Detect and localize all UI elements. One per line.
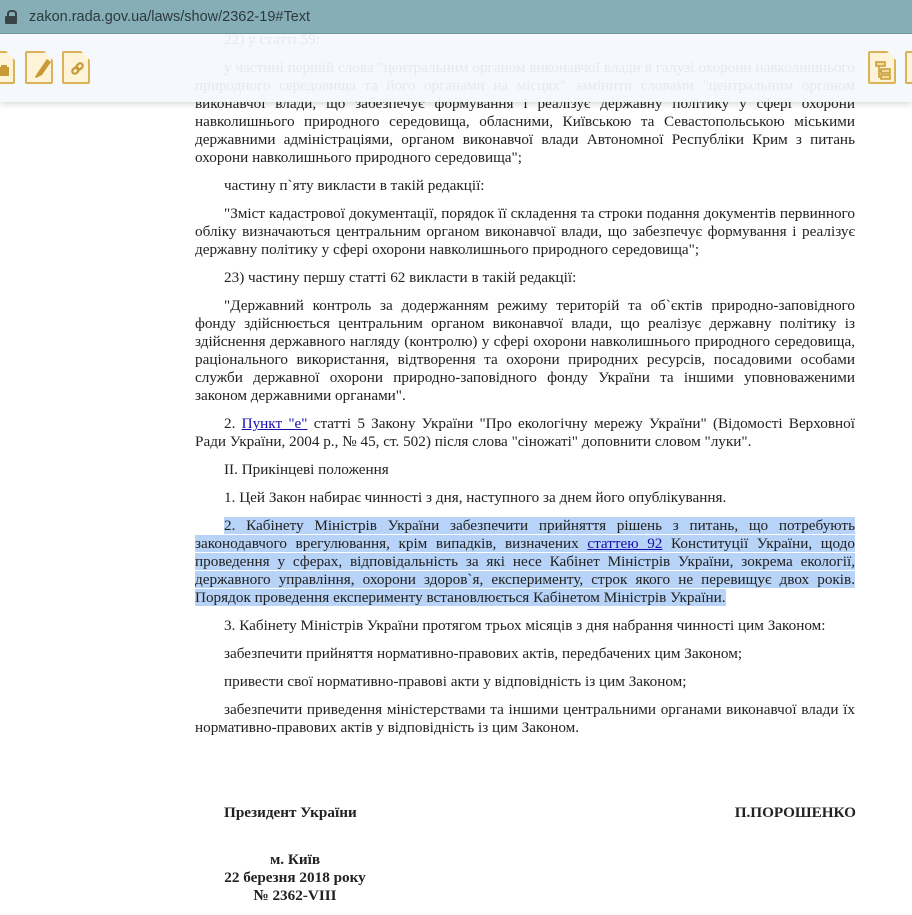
law-number: № 2362-VIII — [195, 887, 395, 905]
final-provision-3-item: забезпечити прийняття нормативно-правови… — [195, 645, 855, 663]
final-provision-2-selected: 2. Кабінету Міністрів України забезпечит… — [195, 517, 855, 607]
final-provision-1: 1. Цей Закон набирає чинності з дня, нас… — [195, 489, 855, 507]
print-doc-icon[interactable] — [0, 51, 15, 84]
lock-icon[interactable] — [4, 9, 20, 25]
link-punkt-e[interactable]: Пункт "е" — [242, 415, 308, 432]
signature-block: Президент України П.ПОРОШЕНКО — [224, 804, 856, 822]
paragraph: "Державний контроль за додержанням режим… — [195, 297, 855, 405]
final-provision-3-item: забезпечити приведення міністерствами та… — [195, 701, 855, 737]
address-bar[interactable]: zakon.rada.gov.ua/laws/show/2362-19#Text — [0, 0, 912, 34]
document-toolbar — [0, 34, 912, 102]
paragraph: 23) частину першу статті 62 викласти в т… — [195, 269, 855, 287]
final-provision-3-item: привести свої нормативно-правові акти у … — [195, 673, 855, 691]
doc-icon[interactable] — [905, 51, 912, 84]
paragraph-ecological-network: 2. Пункт "е" статті 5 Закону України "Пр… — [195, 415, 855, 451]
paragraph: "Зміст кадастрової документації, порядок… — [195, 205, 855, 259]
structure-doc-icon[interactable] — [868, 51, 896, 84]
edit-doc-icon[interactable] — [25, 51, 53, 84]
date: 22 березня 2018 року — [195, 869, 395, 887]
link-doc-icon[interactable] — [62, 51, 90, 84]
law-text: 22) у статті 59: у частині першій слова … — [195, 31, 855, 747]
url-text[interactable]: zakon.rada.gov.ua/laws/show/2362-19#Text — [29, 9, 310, 25]
signature-name: П.ПОРОШЕНКО — [735, 804, 856, 822]
section-title: II. Прикінцеві положення — [195, 461, 855, 479]
link-article-92[interactable]: статтею 92 — [587, 535, 662, 552]
city: м. Київ — [195, 851, 395, 869]
paragraph: частину п`яту викласти в такій редакції: — [195, 177, 855, 195]
signature-title: Президент України — [224, 804, 357, 822]
place-date-block: м. Київ 22 березня 2018 року № 2362-VIII — [195, 851, 395, 905]
final-provision-3: 3. Кабінету Міністрів України протягом т… — [195, 617, 855, 635]
